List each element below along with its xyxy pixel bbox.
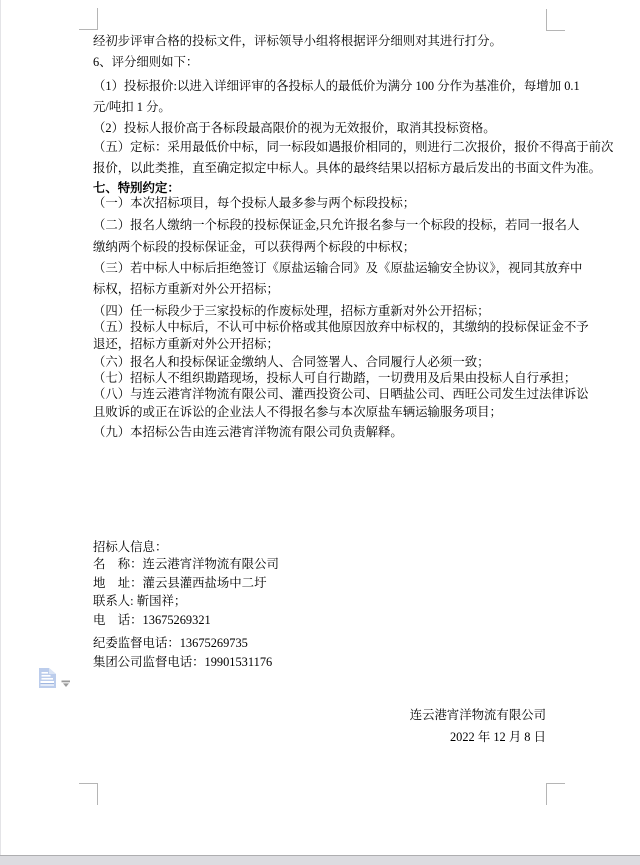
paragraph-scoring-rules-heading[interactable]: 6、评分细则如下： [93, 52, 546, 72]
paragraph-preliminary-review[interactable]: 经初步评审合格的投标文件，评标领导小组将根据评分细则对其进行打分。 [93, 31, 546, 51]
page-left-edge [0, 0, 1, 855]
bidder-info-heading[interactable]: 招标人信息： [93, 537, 546, 557]
document-anchor-icon[interactable] [38, 667, 57, 694]
paragraph-bid-price-rule[interactable]: （1）投标报价:以进入详细评审的各投标人的最低价为满分 100 分作为基准价，每… [93, 76, 546, 118]
text-boundary-mark-bottom-right [546, 783, 565, 805]
special-term-8[interactable]: （八）与连云港宵洋物流有限公司、灌西投资公司、日晒盐公司、西旺公司发生过法律诉讼… [93, 385, 546, 421]
text-boundary-mark-top-right [546, 9, 565, 31]
special-term-9[interactable]: （九）本招标公告由连云港宵洋物流有限公司负责解释。 [93, 422, 546, 442]
special-term-3[interactable]: （三）若中标人中标后拒绝签订《原盐运输合同》及《原盐运输安全协议》，视同其放弃中… [93, 258, 546, 300]
special-term-1[interactable]: （一）本次招标项目，每个投标人最多参与两个标段投标； [93, 193, 546, 213]
text-boundary-mark-bottom-left [79, 783, 98, 805]
workspace-background [0, 855, 640, 865]
paragraph-invalid-bid-rule[interactable]: （2）投标人报价高于各标段最高限价的视为无效报价，取消其投标资格。 [93, 118, 546, 138]
document-page: 经初步评审合格的投标文件，评标领导小组将根据评分细则对其进行打分。 6、评分细则… [0, 0, 640, 865]
special-term-4[interactable]: （四）任一标段少于三家投标的作废标处理，招标方重新对外公开招标； [93, 301, 546, 321]
bidder-info-details[interactable]: 名 称：连云港宵洋物流有限公司地 址：灌云县灌西盐场中二圩联系人: 靳国祥；电 … [93, 555, 546, 629]
dropdown-arrow-icon[interactable] [61, 675, 71, 693]
special-term-2[interactable]: （二）报名人缴纳一个标段的投标保证金,只允许报名参与一个标段的投标，若同一报名人… [93, 214, 546, 258]
special-term-5[interactable]: （五）投标人中标后，不认可中标价格或其他原因放弃中标权的，其缴纳的投标保证金不予… [93, 319, 546, 353]
paragraph-award-rule[interactable]: （五）定标：采用最低价中标，同一标段如遇报价相同的，则进行二次报价，报价不得高于… [93, 137, 546, 179]
signature-block[interactable]: 连云港宵洋物流有限公司2022 年 12 月 8 日 [93, 705, 546, 748]
text-boundary-mark-top-left [79, 8, 98, 30]
supervision-phones[interactable]: 纪委监督电话：13675269735集团公司监督电话：19901531176 [93, 634, 546, 671]
